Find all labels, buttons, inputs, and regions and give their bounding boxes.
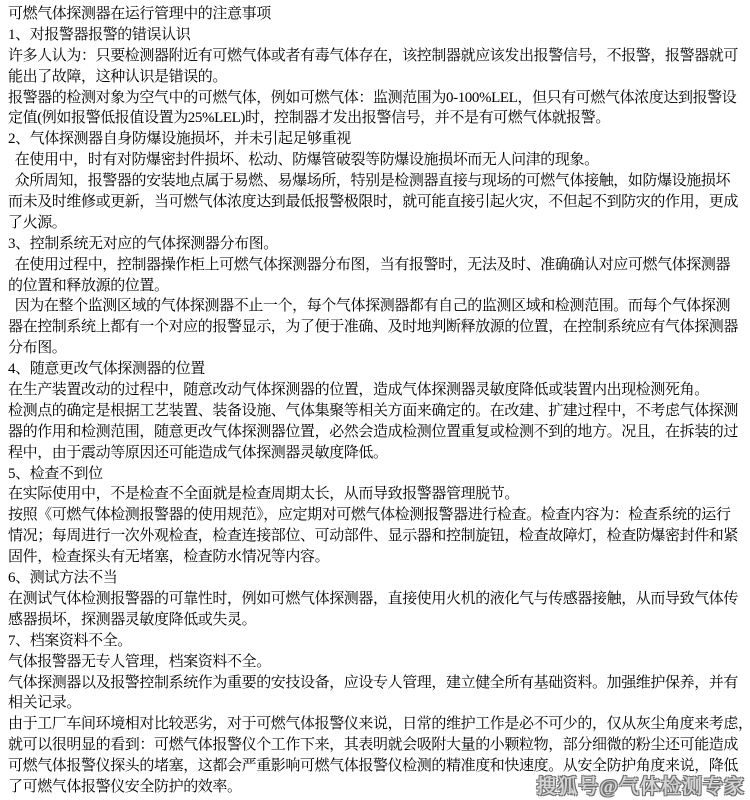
- document-body: 可燃气体探测器在运行管理中的注意事项1、对报警器报警的错误认识许多人认为：只要检…: [0, 0, 750, 798]
- section-heading: 5、检查不到位: [8, 464, 748, 485]
- text-line: 的位置和释放源的位置。: [8, 276, 748, 297]
- text-line: 气体探测器以及报警控制系统作为重要的安技设备，应设专人管理，建立健全所有基础资料…: [8, 673, 748, 694]
- text-line: 相关记录。: [8, 693, 748, 714]
- text-line: 按照《可燃气体检测报警器的使用规范》，应定期对可燃气体检测报警器进行检查。检查内…: [8, 505, 748, 526]
- text-line: 在生产装置改动的过程中，随意改动气体探测器的位置，造成气体探测器灵敏度降低或装置…: [8, 380, 748, 401]
- text-line: 而未及时维修或更新，当可燃气体浓度达到最低报警极限时，就可能直接引起火灾，不但起…: [8, 192, 748, 213]
- text-line: 在测试气体检测报警器的可靠性时，例如可燃气体探测器，直接使用火机的液化气与传感器…: [8, 589, 748, 610]
- document-page: 可燃气体探测器在运行管理中的注意事项1、对报警器报警的错误认识许多人认为：只要检…: [0, 0, 750, 800]
- section-heading: 2、气体探测器自身防爆设施损坏，并未引起足够重视: [8, 129, 748, 150]
- text-line: 在使用过程中，控制器操作柜上可燃气体探测器分布图，当有报警时，无法及时、准确确认…: [8, 255, 748, 276]
- text-line: 固件，检查探头有无堵塞，检查防水情况等内容。: [8, 547, 748, 568]
- text-line: 在使用中，时有对防爆密封件损坏、松动、防爆管破裂等防爆设施损坏而无人问津的现象。: [8, 150, 748, 171]
- text-line: 程中，由于震动等原因还可能造成气体探测器灵敏度降低。: [8, 443, 748, 464]
- text-line: 情况；每周进行一次外观检查，检查连接部位、可动部件、显示器和控制旋钮，检查故障灯…: [8, 526, 748, 547]
- text-line: 气体报警器无专人管理，档案资料不全。: [8, 652, 748, 673]
- text-line: 检测点的确定是根据工艺装置、装备设施、气体集聚等相关方面来确定的。在改建、扩建过…: [8, 401, 748, 422]
- text-line: 器在控制系统上都有一个对应的报警显示，为了便于准确、及时地判断释放源的位置，在控…: [8, 317, 748, 338]
- section-heading: 3、控制系统无对应的气体探测器分布图。: [8, 234, 748, 255]
- section-heading: 7、档案资料不全。: [8, 631, 748, 652]
- text-line: 众所周知，报警器的安装地点属于易燃、易爆场所，特别是检测器直接与现场的可燃气体接…: [8, 171, 748, 192]
- section-heading: 6、测试方法不当: [8, 568, 748, 589]
- document-title: 可燃气体探测器在运行管理中的注意事项: [8, 4, 748, 25]
- text-line: 感器损坏，探测器灵敏度降低或失灵。: [8, 610, 748, 631]
- text-line: 能出了故障，这种认识是错误的。: [8, 67, 748, 88]
- text-line: 许多人认为：只要检测器附近有可燃气体或者有毒气体存在，该控制器就应该发出报警信号…: [8, 46, 748, 67]
- text-line: 因为在整个监测区域的气体探测器不止一个，每个气体探测器都有自己的监测区域和检测范…: [8, 296, 748, 317]
- text-line: 就可以很明显的看到：可燃气体报警仪个工作下来，其表明就会吸附大量的小颗粒物，部分…: [8, 735, 748, 756]
- text-line: 由于工厂车间环境相对比较恶劣，对于可燃气体报警仪来说，日常的维护工作是必不可少的…: [8, 714, 748, 735]
- text-line: 分布图。: [8, 338, 748, 359]
- section-heading: 4、随意更改气体探测器的位置: [8, 359, 748, 380]
- text-line: 了火源。: [8, 213, 748, 234]
- text-line: 在实际使用中，不是检查不全面就是检查周期太长，从而导致报警器管理脱节。: [8, 484, 748, 505]
- text-line: 器的作用和检测范围，随意更改气体探测器位置，必然会造成检测位置重复或检测不到的地…: [8, 422, 748, 443]
- section-heading: 1、对报警器报警的错误认识: [8, 25, 748, 46]
- watermark: 搜狐号@气体检测专家: [536, 770, 745, 799]
- text-line: 报警器的检测对象为空气中的可燃气体，例如可燃气体：监测范围为0-100%LEL，…: [8, 88, 748, 109]
- text-line: 定值(例如报警低报值设置为25%LEL)时，控制器才发出报警信号，并不是有可燃气…: [8, 108, 748, 129]
